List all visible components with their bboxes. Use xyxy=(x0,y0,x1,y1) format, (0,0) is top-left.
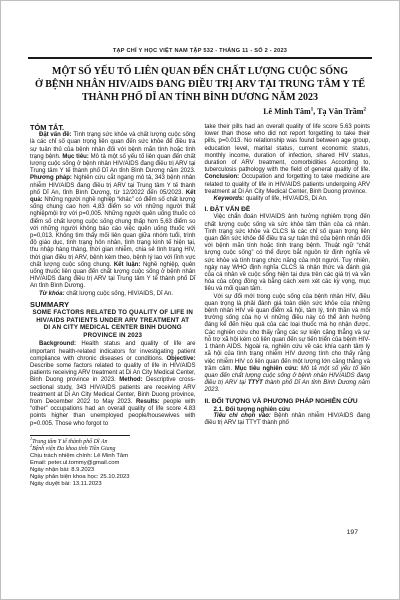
section-1-paragraph-1: Việc chẩn đoán HIV/AIDS ảnh hưởng nghiêm… xyxy=(205,214,371,293)
section-2-heading: II. ĐỐI TƯỢNG VÀ PHƯƠNG PHÁP NGHIÊN CỨU xyxy=(205,398,371,405)
abstract-heading: TÓM TẮT. xyxy=(30,124,196,131)
right-column: take their pills had an overall quality … xyxy=(205,124,371,488)
footnote-received-date: Ngày nhận bài: 8.9.2023 xyxy=(30,467,196,474)
journal-running-head: TẠP CHÍ Y HỌC VIỆT NAM TẬP 532 - THÁNG 1… xyxy=(28,48,372,54)
footnote-corresponding-author: Chịu trách nhiệm chính: Lê Minh Tâm xyxy=(30,453,196,460)
section-2-1-subheading: 2.1. Đối tượng nghiên cứu xyxy=(205,406,371,413)
journal-article-page: TẠP CHÍ Y HỌC VIỆT NAM TẬP 532 - THÁNG 1… xyxy=(0,0,400,600)
header-divider-rule xyxy=(28,57,372,59)
keywords-english: Keywords: quality of life, HIV/AIDS, Di … xyxy=(205,196,371,203)
article-title-line-1: MỘT SỐ YẾU TỐ LIÊN QUAN ĐẾN CHẤT LƯỢNG C… xyxy=(24,65,376,78)
abstract-paragraph: Đặt vấn đề: Tình trạng sức khỏe và chất … xyxy=(30,132,196,290)
footnote-accepted-date: Ngày duyệt bài: 13.11.2023 xyxy=(30,481,196,488)
summary-paragraph: Background: Health status and quality of… xyxy=(30,341,196,427)
summary-heading: SUMMARY xyxy=(30,301,196,308)
section-1-heading: I. ĐẶT VẤN ĐỀ xyxy=(205,206,371,213)
summary-continued-paragraph: take their pills had an overall quality … xyxy=(205,124,371,196)
section-1-paragraph-2: Với sự đổi mới trong cuộc sống của bệnh … xyxy=(205,294,371,395)
left-column: TÓM TẮT. Đặt vấn đề: Tình trạng sức khỏe… xyxy=(30,124,196,488)
summary-english-title: SOME FACTORS RELATED TO QUALITY OF LIFE … xyxy=(32,309,194,339)
footnote-affiliation-1: 1Trung tâm Y tế thành phố Dĩ An xyxy=(30,439,196,446)
footnote-email: Email: peter.ul.tommy@gmail.com xyxy=(30,460,196,467)
page-number: 197 xyxy=(347,529,358,536)
footnote-review-date: Ngày phản biện khoa học: 25.10.2023 xyxy=(30,474,196,481)
author-byline: Lê Minh Tâm1, Tạ Văn Trầm2 xyxy=(30,107,366,116)
footnote-affiliation-2: 2Bệnh viện Đa khoa tỉnh Tiền Giang xyxy=(30,446,196,453)
footnote-separator-rule xyxy=(30,435,130,436)
section-2-paragraph: Tiêu chí chọn vào: Bệnh nhân nhiễm HIV/A… xyxy=(205,413,371,427)
article-title: MỘT SỐ YẾU TỐ LIÊN QUAN ĐẾN CHẤT LƯỢNG C… xyxy=(24,65,376,104)
keywords-vietnamese: Từ khóa: chất lượng cuộc sống, HIV/AIDS,… xyxy=(30,291,196,298)
article-title-line-3: THÀNH PHỐ DĨ AN TỈNH BÌNH DƯƠNG NĂM 2023 xyxy=(24,91,376,104)
two-column-body: TÓM TẮT. Đặt vấn đề: Tình trạng sức khỏe… xyxy=(30,124,370,488)
article-title-line-2: Ở BỆNH NHÂN HIV/AIDS ĐANG ĐIỀU TRỊ ARV T… xyxy=(24,78,376,91)
